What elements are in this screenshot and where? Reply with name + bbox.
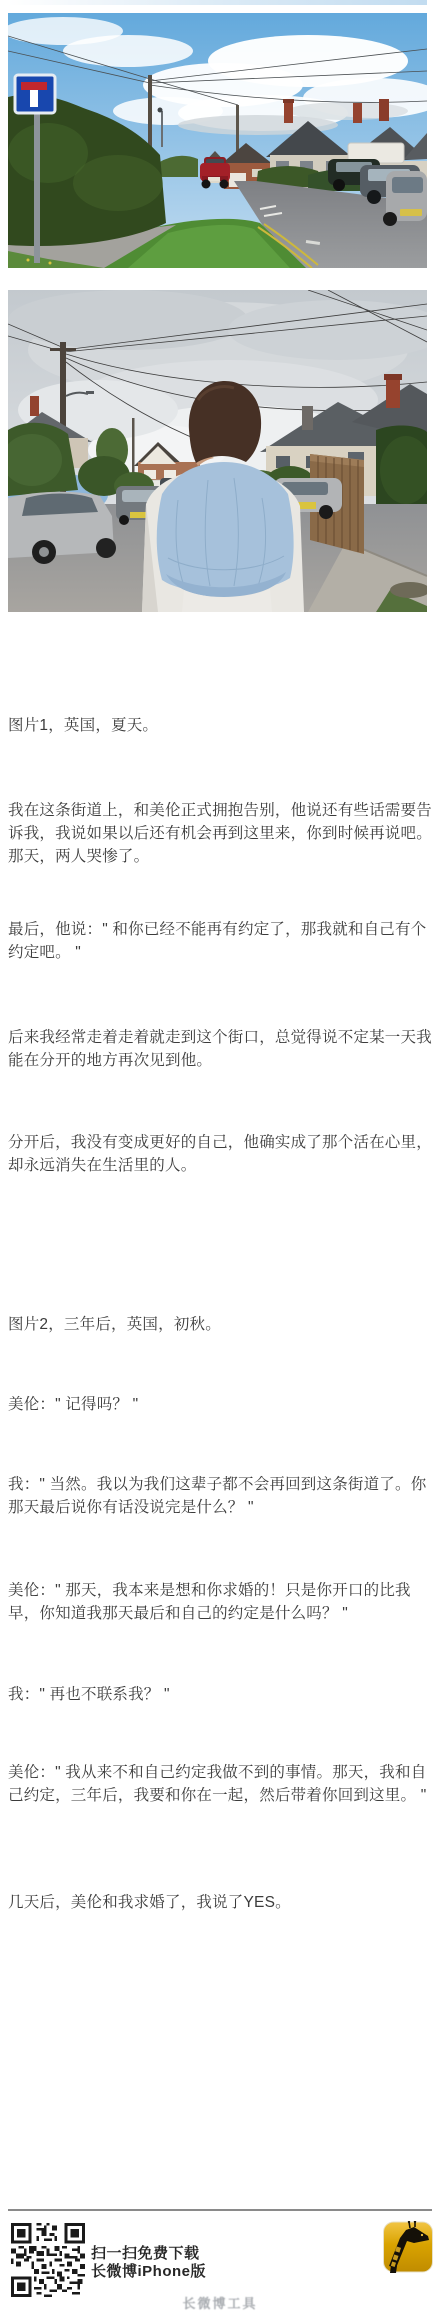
changweibo-watermark: 长微博工具 bbox=[182, 2293, 257, 2312]
story-paragraph-11: 美伦：" 我从来不和自己约定我做不到的事情。那天，我和自己约定，三年后，我要和你… bbox=[8, 1761, 434, 1807]
download-cta-line2: 长微博iPhone版 bbox=[91, 2263, 206, 2281]
cropped-photo-sliver bbox=[8, 0, 427, 5]
story-paragraph-4: 后来我经常走着走着就走到这个街口，总觉得说不定某一天我能在分开的地方再次见到他。 bbox=[8, 1026, 434, 1072]
story-paragraph-10: 我：" 再也不联系我？ " bbox=[8, 1683, 434, 1706]
story-paragraph-7: 美伦：" 记得吗？ " bbox=[8, 1393, 434, 1416]
story-paragraph-8: 我：" 当然。我以为我们这辈子都不会再回到这条街道了。你那天最后说你有话没说完是… bbox=[8, 1473, 434, 1519]
story-paragraph-1: 图片1，英国，夏天。 bbox=[8, 714, 434, 737]
story-paragraph-2: 我在这条街道上，和美伦正式拥抱告别，他说还有些话需要告诉我，我说如果以后还有机会… bbox=[8, 799, 434, 868]
story-paragraph-5: 分开后，我没有变成更好的自己，他确实成了那个活在心里，却永远消失在生活里的人。 bbox=[8, 1131, 434, 1177]
download-cta: 扫一扫免费下载 长微博iPhone版 bbox=[91, 2245, 206, 2281]
longweibo-page: 图片1，英国，夏天。 我在这条街道上，和美伦正式拥抱告别，他说还有些话需要告诉我… bbox=[0, 0, 440, 2318]
story-paragraph-6: 图片2，三年后，英国，初秋。 bbox=[8, 1313, 434, 1336]
story-paragraph-3: 最后，他说：" 和你已经不能再有约定了，那我就和自己有个约定吧。 " bbox=[8, 918, 434, 964]
changweibo-giraffe-app-icon bbox=[383, 2221, 433, 2273]
story-paragraph-12: 几天后，美伦和我求婚了，我说了YES。 bbox=[8, 1891, 434, 1914]
footer-divider bbox=[8, 2209, 432, 2211]
download-cta-line1: 扫一扫免费下载 bbox=[91, 2245, 206, 2263]
photo-uk-street-summer bbox=[8, 13, 427, 268]
story-paragraph-9: 美伦：" 那天，我本来是想和你求婚的！只是你开口的比我早，你知道我那天最后和自己… bbox=[8, 1579, 434, 1625]
photo-uk-street-autumn-person bbox=[8, 290, 427, 612]
qr-code-icon bbox=[11, 2223, 85, 2297]
